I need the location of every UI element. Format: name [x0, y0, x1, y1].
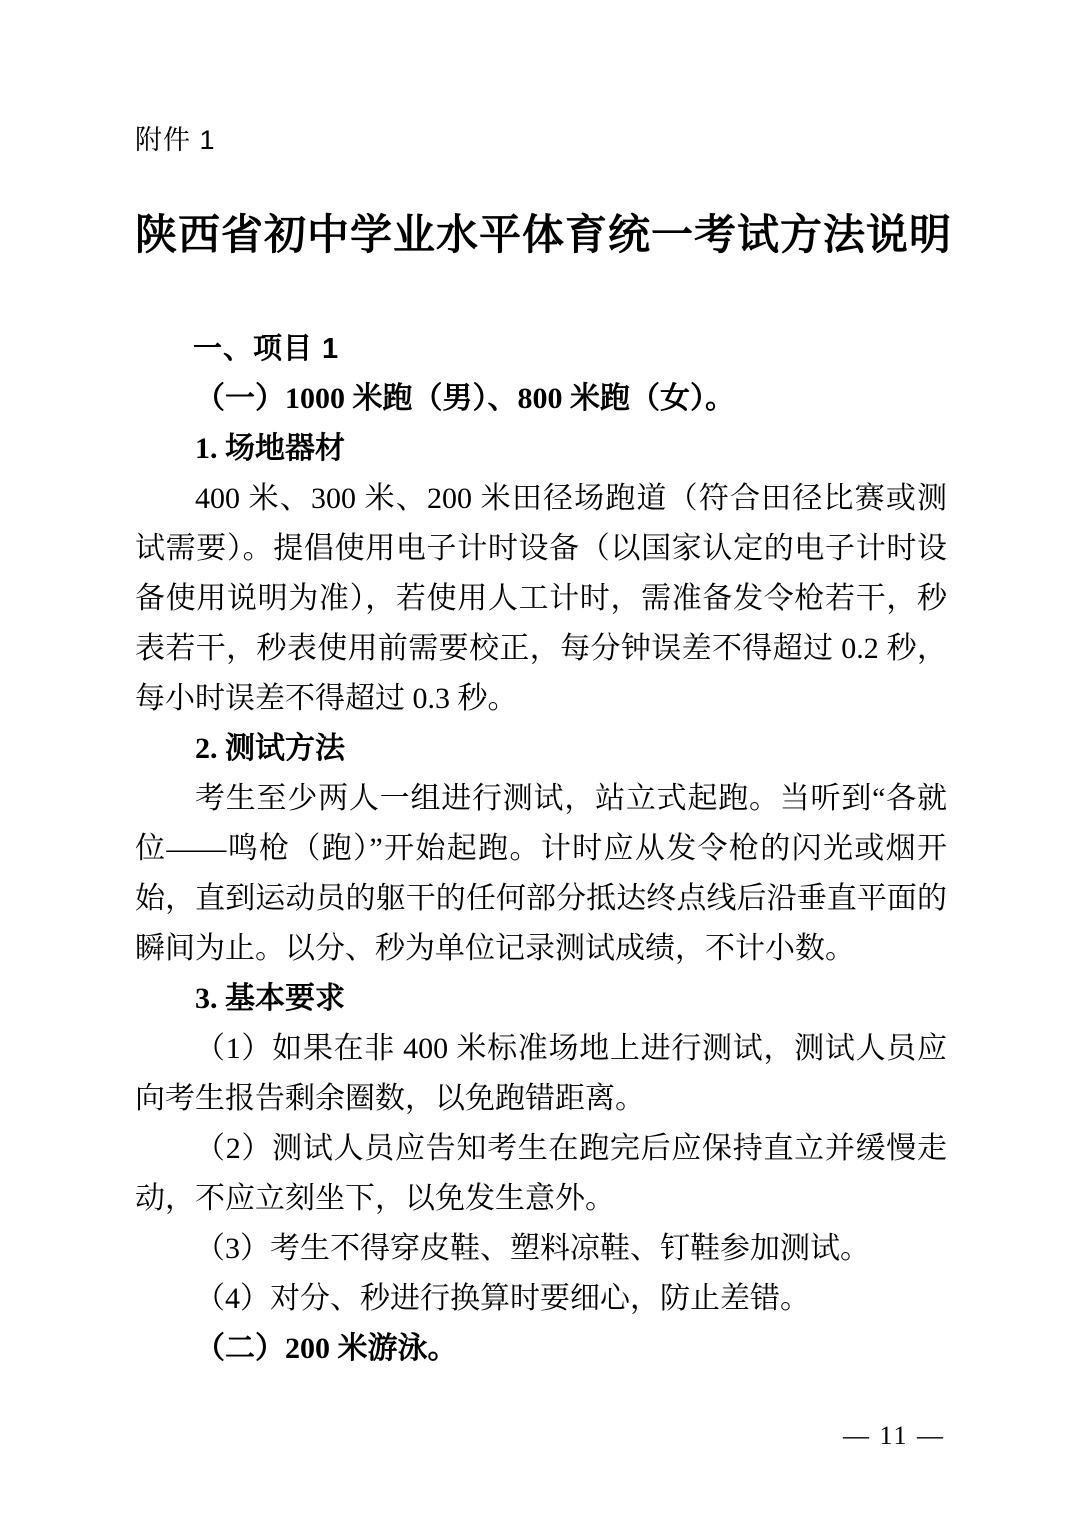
page-number: — 11 — — [843, 1418, 945, 1454]
item-2-paragraph: 考生至少两人一组进行测试，站立式起跑。当听到“各就位——鸣枪（跑）”开始起跑。计… — [135, 774, 947, 974]
subsection-1-heading: （一）1000 米跑（男）、800 米跑（女）。 — [135, 374, 947, 424]
item-3-point-3: （3）考生不得穿皮鞋、塑料凉鞋、钉鞋参加测试。 — [135, 1224, 947, 1274]
section-heading: 一、项目 1 — [135, 324, 947, 374]
item-3-point-1: （1）如果在非 400 米标准场地上进行测试，测试人员应向考生报告剩余圈数，以免… — [135, 1024, 947, 1124]
document-content: 附件 1 陕西省初中学业水平体育统一考试方法说明 一、项目 1 （一）1000 … — [135, 0, 947, 1374]
item-2-heading: 2. 测试方法 — [135, 724, 947, 774]
item-3-heading: 3. 基本要求 — [135, 974, 947, 1024]
document-page: 附件 1 陕西省初中学业水平体育统一考试方法说明 一、项目 1 （一）1000 … — [0, 0, 1080, 1527]
item-1-paragraph: 400 米、300 米、200 米田径场跑道（符合田径比赛或测试需要）。提倡使用… — [135, 474, 947, 724]
item-3-point-4: （4）对分、秒进行换算时要细心，防止差错。 — [135, 1274, 947, 1324]
subsection-2-heading: （二）200 米游泳。 — [135, 1324, 947, 1374]
item-1-heading: 1. 场地器材 — [135, 424, 947, 474]
item-3-point-2: （2）测试人员应告知考生在跑完后应保持直立并缓慢走动，不应立刻坐下，以免发生意外… — [135, 1124, 947, 1224]
attachment-label: 附件 1 — [135, 0, 947, 158]
document-title: 陕西省初中学业水平体育统一考试方法说明 — [135, 210, 947, 262]
